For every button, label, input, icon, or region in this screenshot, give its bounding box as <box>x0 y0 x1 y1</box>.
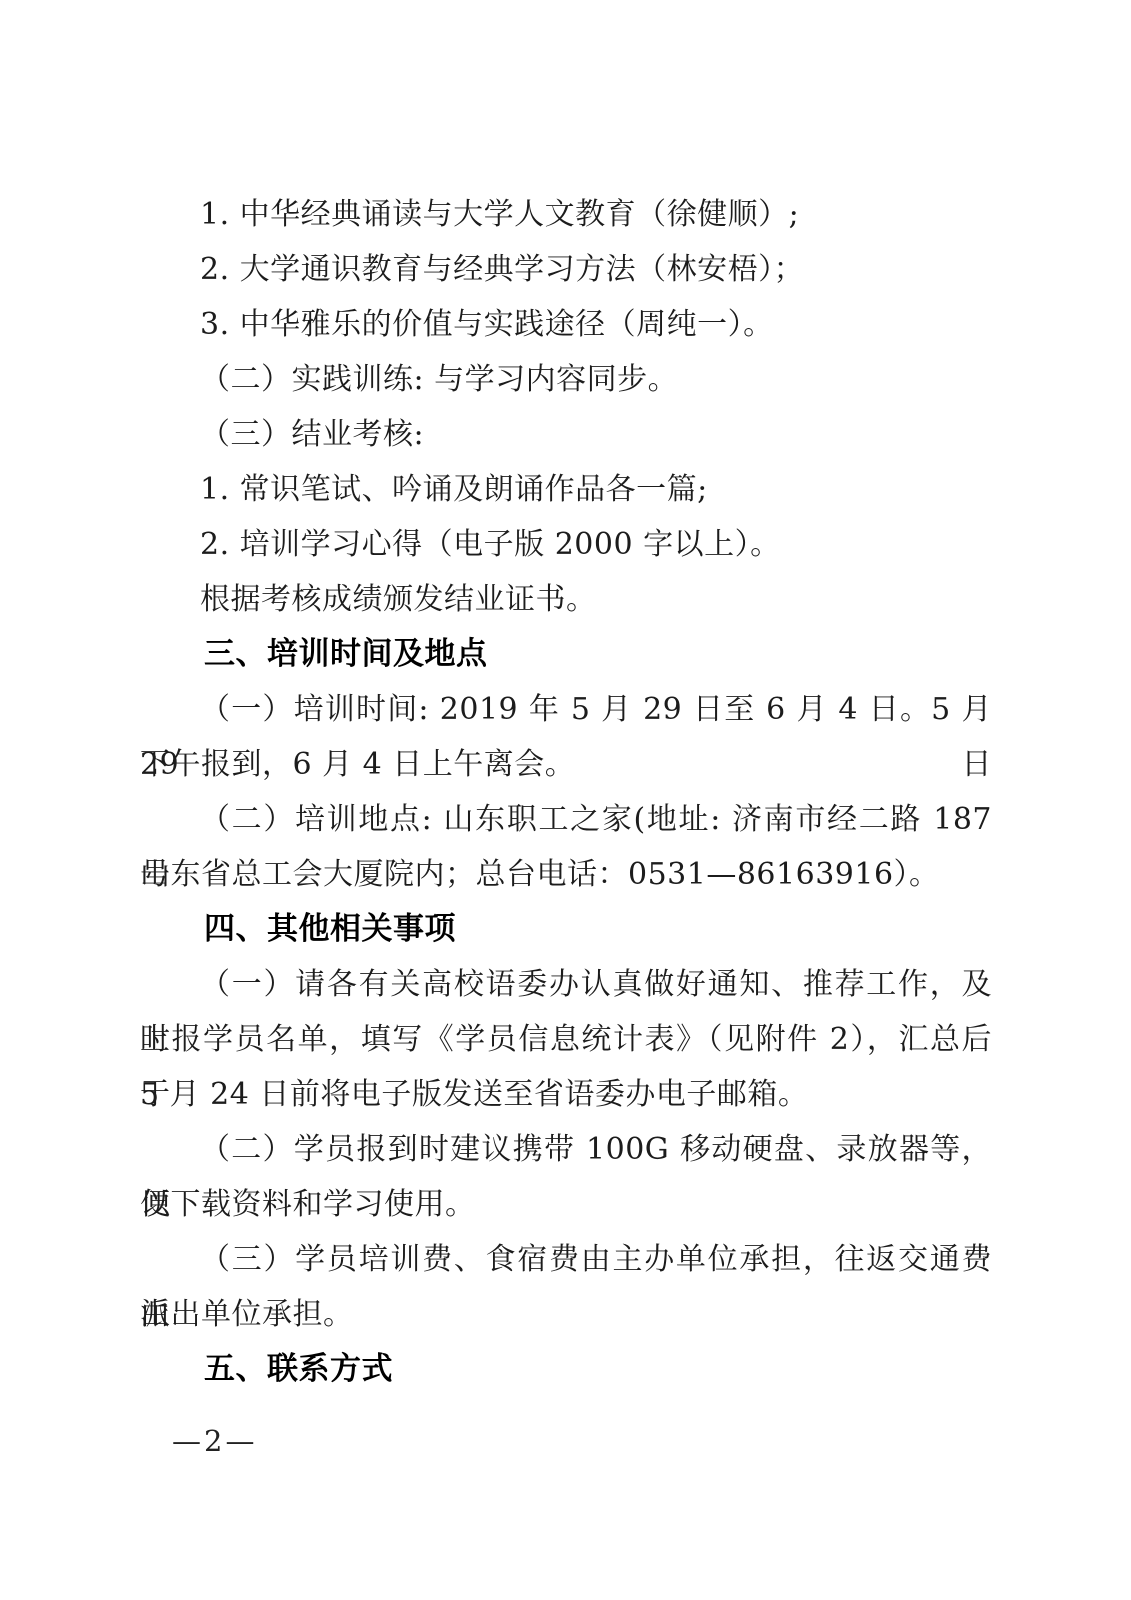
paragraph-other-1-line-2: 上报学员名单，填写《学员信息统计表》（见附件 2），汇总后于 <box>140 1012 992 1067</box>
paragraph-other-1-line-3: 5 月 24 日前将电子版发送至省语委办电子邮箱。 <box>140 1067 992 1122</box>
paragraph-other-3-line-1: （三）学员培训费、食宿费由主办单位承担，往返交通费由 <box>140 1232 992 1287</box>
paragraph-other-2-line-2: 便下载资料和学习使用。 <box>140 1177 992 1232</box>
paragraph-time-line-1: （一）培训时间: 2019 年 5 月 29 日至 6 月 4 日。5 月 29… <box>140 682 992 737</box>
heading-section-4: 四、其他相关事项 <box>140 902 992 957</box>
paragraph-other-2-line-1: （二）学员报到时建议携带 100G 移动硬盘、录放器等，以 <box>140 1122 992 1177</box>
list-item-exam-1: 1. 常识笔试、吟诵及朗诵作品各一篇; <box>140 462 992 517</box>
heading-section-5: 五、联系方式 <box>140 1342 992 1397</box>
document-body: 1. 中华经典诵读与大学人文教育（徐健顺）; 2. 大学通识教育与经典学习方法（… <box>140 187 992 1397</box>
heading-section-3: 三、培训时间及地点 <box>140 627 992 682</box>
paragraph-place-line-2: 山东省总工会大厦院内；总台电话：0531—86163916）。 <box>140 847 992 902</box>
paragraph-other-1-line-1: （一）请各有关高校语委办认真做好通知、推荐工作，及时 <box>140 957 992 1012</box>
paragraph-place-line-1: （二）培训地点: 山东职工之家(地址: 济南市经二路 187 号 <box>140 792 992 847</box>
paragraph-assessment: （三）结业考核: <box>140 407 992 462</box>
page-number: —2— <box>172 1420 257 1462</box>
list-item-3: 3. 中华雅乐的价值与实践途径（周纯一）。 <box>140 297 992 352</box>
paragraph-certificate: 根据考核成绩颁发结业证书。 <box>140 572 992 627</box>
list-item-exam-2: 2. 培训学习心得（电子版 2000 字以上）。 <box>140 517 992 572</box>
document-page: 1. 中华经典诵读与大学人文教育（徐健顺）; 2. 大学通识教育与经典学习方法（… <box>0 0 1131 1600</box>
list-item-1: 1. 中华经典诵读与大学人文教育（徐健顺）; <box>140 187 992 242</box>
list-item-2: 2. 大学通识教育与经典学习方法（林安梧）； <box>140 242 992 297</box>
paragraph-other-3-line-2: 派出单位承担。 <box>140 1287 992 1342</box>
paragraph-practice: （二）实践训练: 与学习内容同步。 <box>140 352 992 407</box>
